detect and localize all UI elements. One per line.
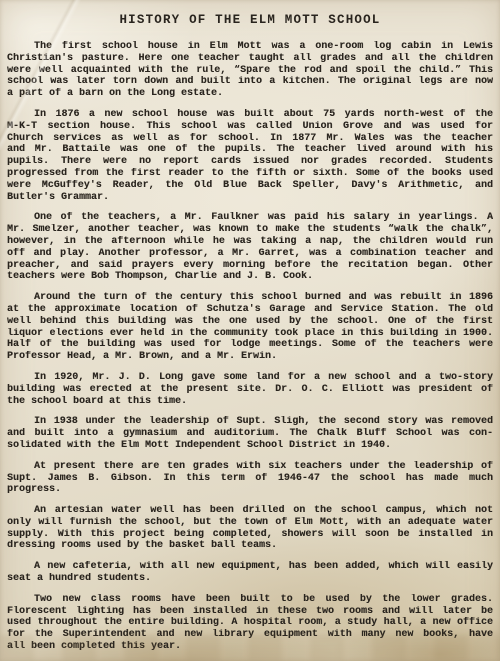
paragraph: In 1920, Mr. J. D. Long gave some land f… xyxy=(7,372,493,407)
text-line: preacher, and said prayers every morning… xyxy=(7,260,493,272)
paragraph: In 1876 a new school house was built abo… xyxy=(7,109,493,203)
text-line: In 1938 under the leadership of Supt. Sl… xyxy=(7,416,493,428)
text-line: In 1920, Mr. J. D. Long gave some land f… xyxy=(7,372,493,384)
text-line: Mr. Smelzer, another teacher, was known … xyxy=(7,224,493,236)
text-line: The first school house in Elm Mott was a… xyxy=(7,41,493,53)
text-line: At present there are ten grades with six… xyxy=(7,461,493,473)
text-line: liquor elections ever held in the commun… xyxy=(7,328,493,340)
paper-texture xyxy=(0,635,500,661)
text-line: seat a hundred students. xyxy=(7,573,493,585)
text-line: at the approximate location of Schutza's… xyxy=(7,304,493,316)
text-line: In 1876 a new school house was built abo… xyxy=(7,109,493,121)
text-line: progressed from the first reader to the … xyxy=(7,168,493,180)
text-line: and Mr. Battaile was one of the pupils. … xyxy=(7,144,493,156)
text-line: Butler's Grammar. xyxy=(7,192,493,204)
document-page: HISTORY OF THE ELM MOTT SCHOOL The first… xyxy=(0,0,500,661)
text-line: Professor Head, a Mr. Brown, and a Mr. E… xyxy=(7,351,493,363)
paragraph: An artesian water well has been drilled … xyxy=(7,505,493,552)
paragraph: At present there are ten grades with six… xyxy=(7,461,493,496)
text-line: supply. With this project being complete… xyxy=(7,529,493,541)
text-line: Christian's pasture. Here one teacher ta… xyxy=(7,53,493,65)
text-line: were McGuffey's Reader, the Old Blue Bac… xyxy=(7,180,493,192)
text-line: Florescent lighting has been installed i… xyxy=(7,606,493,618)
text-line: solidated with the Elm Mott Independent … xyxy=(7,440,493,452)
text-line: used throughout the entire building. A h… xyxy=(7,617,493,629)
text-line: a part of a barn on the Long estate. xyxy=(7,88,493,100)
text-line: however, in the afternoon while he was t… xyxy=(7,236,493,248)
text-line: dressing rooms used by the basket ball t… xyxy=(7,540,493,552)
paragraph: In 1938 under the leadership of Supt. Sl… xyxy=(7,416,493,451)
text-line: were well acquainted with the rule, “Spa… xyxy=(7,65,493,77)
text-line: progress. xyxy=(7,484,493,496)
text-line: only will furnish the school, but the to… xyxy=(7,517,493,529)
text-line: Supt. James B. Gibson. In this term of 1… xyxy=(7,473,493,485)
paragraph: One of the teachers, a Mr. Faulkner was … xyxy=(7,212,493,283)
text-line: Around the turn of the century this scho… xyxy=(7,292,493,304)
paragraph: A new cafeteria, with all new equipment,… xyxy=(7,561,493,585)
paragraph: The first school house in Elm Mott was a… xyxy=(7,41,493,100)
text-line: One of the teachers, a Mr. Faulkner was … xyxy=(7,212,493,224)
text-line: well behind this building was the one us… xyxy=(7,316,493,328)
text-line: building was erected at the present site… xyxy=(7,384,493,396)
text-line: Two new class rooms have been built to b… xyxy=(7,594,493,606)
document-body: The first school house in Elm Mott was a… xyxy=(7,41,493,653)
paragraph: Around the turn of the century this scho… xyxy=(7,292,493,363)
text-line: pupils. There were no report cards issue… xyxy=(7,156,493,168)
text-line: off and play. Another professor, a Mr. G… xyxy=(7,248,493,260)
text-line: teachers were Bob Thompson, Charlie and … xyxy=(7,271,493,283)
text-line: Half of the building was used for lodge … xyxy=(7,339,493,351)
text-line: the school board at this time. xyxy=(7,396,493,408)
document-title: HISTORY OF THE ELM MOTT SCHOOL xyxy=(7,13,493,27)
text-line: school was later torn down and built int… xyxy=(7,76,493,88)
text-line: An artesian water well has been drilled … xyxy=(7,505,493,517)
text-line: Church services as well as for school. I… xyxy=(7,133,493,145)
text-line: A new cafeteria, with all new equipment,… xyxy=(7,561,493,573)
text-line: and built into a gymnasium and auditoriu… xyxy=(7,428,493,440)
text-line: M-K-T section house. This school was cal… xyxy=(7,121,493,133)
